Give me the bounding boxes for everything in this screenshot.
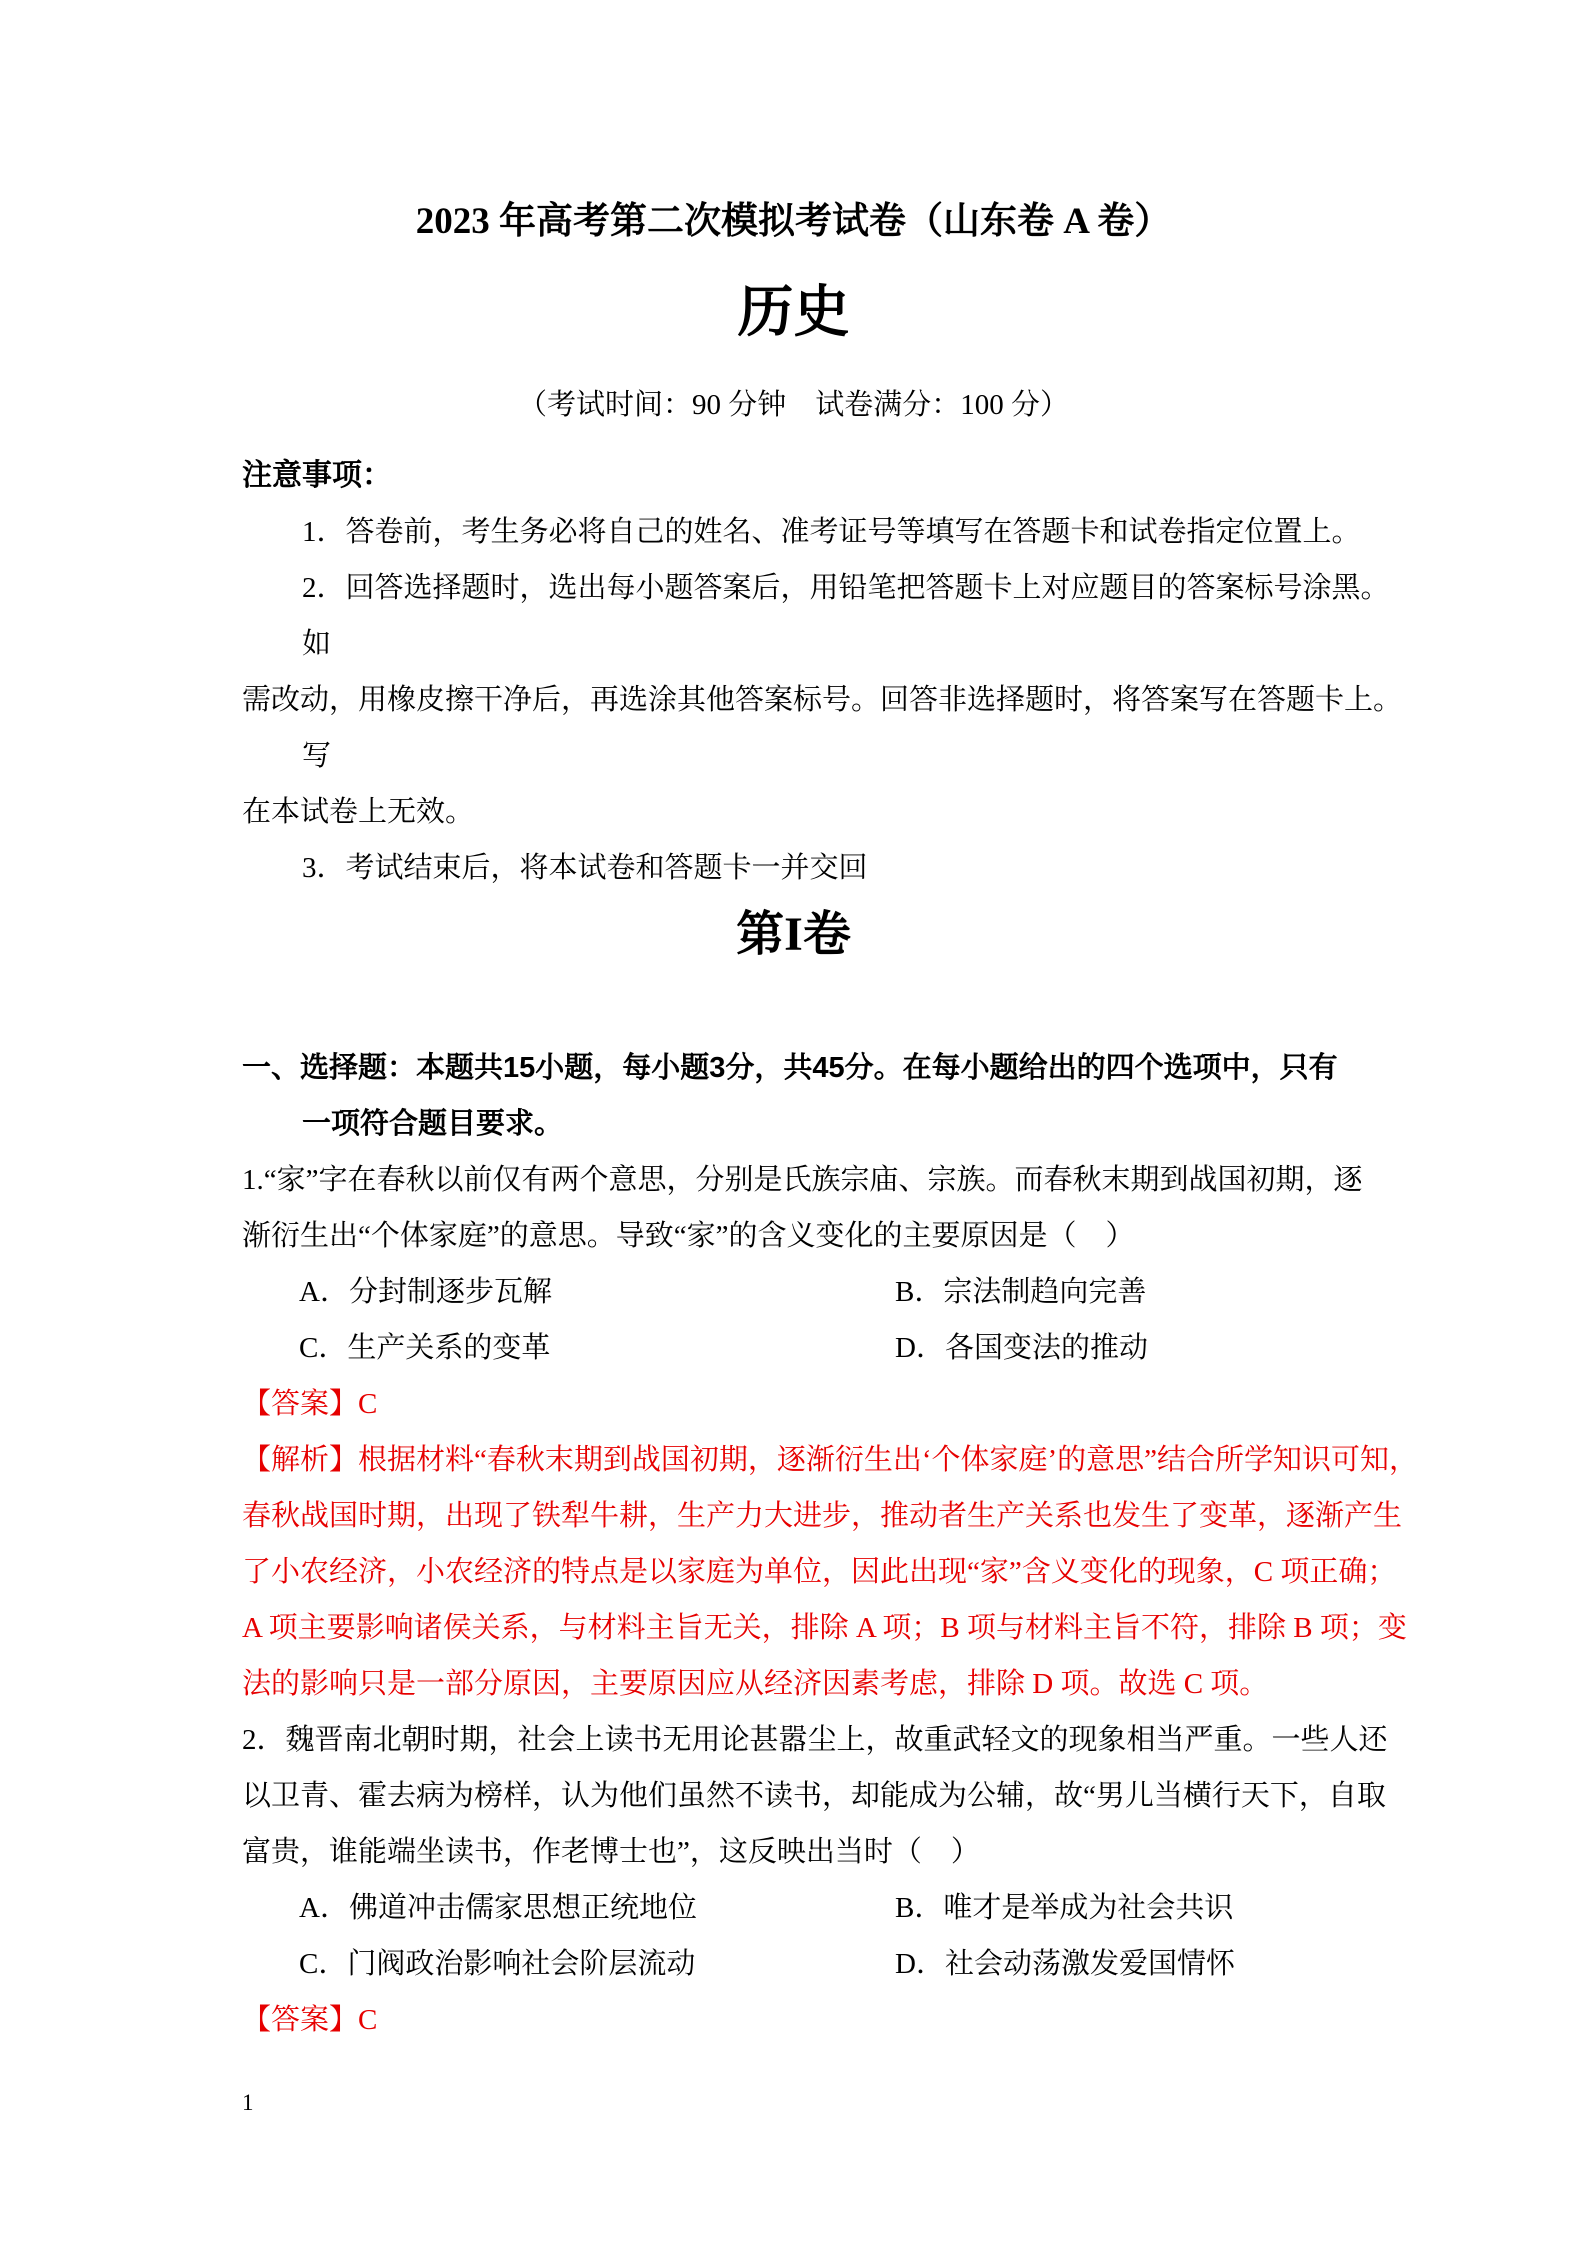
question-2-option-c: C．门阀政治影响社会阶层流动 xyxy=(299,1936,895,1992)
notice-line-1: 1．答卷前，考生务必将自己的姓名、准考证号等填写在答题卡和试卷指定位置上。 xyxy=(242,504,1345,560)
notice-line-2-cont: 需改动，用橡皮擦干净后，再选涂其他答案标号。回答非选择题时，将答案写在答题卡上。 xyxy=(242,672,1345,728)
question-1-stem-line-1: 1.“家”字在春秋以前仅有两个意思，分别是氏族宗庙、宗族。而春秋末期到战国初期，… xyxy=(242,1152,1345,1208)
question-2-option-b: B．唯才是举成为社会共识 xyxy=(895,1880,1233,1936)
question-1-analysis-line-1: 【解析】根据材料“春秋末期到战国初期，逐渐衍生出‘个体家庭’的意思”结合所学知识… xyxy=(242,1432,1345,1488)
question-1-options-row-1: A．分封制逐步瓦解 B．宗法制趋向完善 xyxy=(242,1264,1345,1320)
question-1-analysis-line-2: 春秋战国时期，出现了铁犁牛耕，生产力大进步，推动者生产关系也发生了变革，逐渐产生 xyxy=(242,1488,1345,1544)
question-1-option-a: A．分封制逐步瓦解 xyxy=(299,1264,895,1320)
question-2-stem-line-2: 以卫青、霍去病为榜样，认为他们虽然不读书，却能成为公辅，故“男儿当横行天下，自取 xyxy=(242,1768,1345,1824)
question-2-answer: 【答案】C xyxy=(242,1992,1345,2048)
subject-title: 历史 xyxy=(242,283,1345,341)
question-2-option-a: A．佛道冲击儒家思想正统地位 xyxy=(299,1880,895,1936)
question-1-analysis-line-5: 法的影响只是一部分原因，主要原因应从经济因素考虑，排除 D 项。故选 C 项。 xyxy=(242,1656,1345,1712)
question-1-analysis-line-4: A 项主要影响诸侯关系，与材料主旨无关，排除 A 项；B 项与材料主旨不符，排除… xyxy=(242,1600,1345,1656)
exam-title: 2023 年高考第二次模拟考试卷（山东卷 A 卷） xyxy=(242,198,1345,246)
question-2-stem-line-3: 富贵，谁能端坐读书，作老博士也”，这反映出当时（ ） xyxy=(242,1824,1345,1880)
question-1-analysis-line-3: 了小农经济，小农经济的特点是以家庭为单位，因此出现“家”含义变化的现象，C 项正… xyxy=(242,1544,1345,1600)
section-intro-line-2: 一项符合题目要求。 xyxy=(242,1096,1345,1152)
question-1-option-c: C．生产关系的变革 xyxy=(299,1320,895,1376)
part-heading: 第I卷 xyxy=(242,904,1345,966)
exam-paper-page: 2023 年高考第二次模拟考试卷（山东卷 A 卷） 历史 （考试时间：90 分钟… xyxy=(0,0,1587,2245)
notice-line-3: 3．考试结束后，将本试卷和答题卡一并交回 xyxy=(242,840,1345,896)
page-number: 1 xyxy=(242,2088,254,2118)
notice-line-2-wrap2: 写 xyxy=(242,728,1345,784)
question-1-options-row-2: C．生产关系的变革 D．各国变法的推动 xyxy=(242,1320,1345,1376)
question-1-answer: 【答案】C xyxy=(242,1376,1345,1432)
page-content: 2023 年高考第二次模拟考试卷（山东卷 A 卷） 历史 （考试时间：90 分钟… xyxy=(0,0,1587,2048)
notice-line-2: 2．回答选择题时，选出每小题答案后，用铅笔把答题卡上对应题目的答案标号涂黑。 xyxy=(242,560,1345,616)
notice-line-2-wrap: 如 xyxy=(242,616,1345,672)
notice-line-2-cont2: 在本试卷上无效。 xyxy=(242,784,1345,840)
notice-heading: 注意事项： xyxy=(242,448,1345,504)
section-intro-line-1: 一、选择题：本题共15小题，每小题3分，共45分。在每小题给出的四个选项中，只有 xyxy=(242,1040,1345,1096)
question-2-options-row-1: A．佛道冲击儒家思想正统地位 B．唯才是举成为社会共识 xyxy=(242,1880,1345,1936)
question-1-option-b: B．宗法制趋向完善 xyxy=(895,1264,1146,1320)
exam-info-line: （考试时间：90 分钟 试卷满分：100 分） xyxy=(242,385,1345,425)
question-2-options-row-2: C．门阀政治影响社会阶层流动 D．社会动荡激发爱国情怀 xyxy=(242,1936,1345,1992)
question-2-option-d: D．社会动荡激发爱国情怀 xyxy=(895,1936,1235,1992)
question-2-stem-line-1: 2．魏晋南北朝时期，社会上读书无用论甚嚣尘上，故重武轻文的现象相当严重。一些人还 xyxy=(242,1712,1345,1768)
question-1-stem-line-2: 渐衍生出“个体家庭”的意思。导致“家”的含义变化的主要原因是（ ） xyxy=(242,1208,1345,1264)
question-1-option-d: D．各国变法的推动 xyxy=(895,1320,1148,1376)
